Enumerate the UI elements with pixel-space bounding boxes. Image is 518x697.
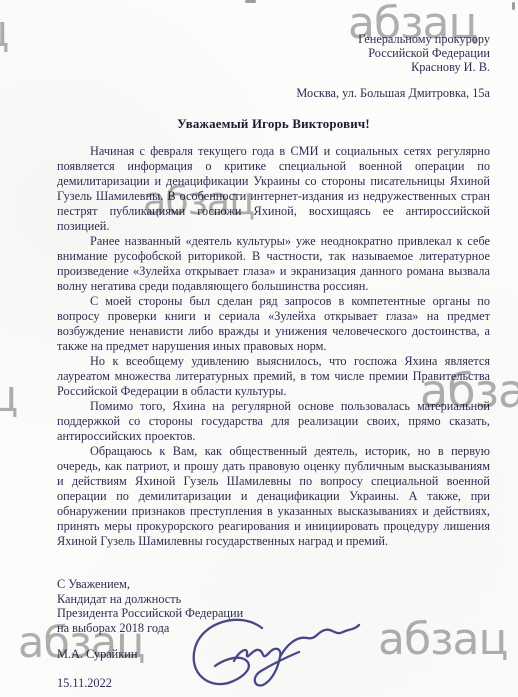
handwritten-signature [178,608,378,695]
scan-artifact [512,2,515,10]
watermark-abzac: абзац [0,375,17,419]
closing-line: Кандидат на должность [57,592,490,607]
paragraph: Ранее названный «деятель культуры» уже н… [57,234,490,294]
paragraph: Обращаюсь к Вам, как общественный деятел… [57,444,490,549]
scanned-letter-page: абзац абзац абзац абзац абзац абзац абза… [0,0,518,697]
watermark-abzac: абзац [18,622,144,665]
closing-line: С Уважением, [57,577,490,592]
recipient-address: Москва, ул. Большая Дмитровка, 15а [57,86,490,100]
recipient-line: Краснову И. В. [57,60,490,74]
salutation: Уважаемый Игорь Викторович! [57,117,490,132]
letter-body: Генеральному прокурору Российской Федера… [57,32,490,691]
watermark-abzac: абзац [0,10,8,54]
scan-artifact [245,0,256,3]
paragraph: Начиная с февраля текущего года в СМИ и … [57,144,490,234]
paragraph: С моей стороны был сделан ряд запросов в… [57,294,490,354]
letter-paragraphs: Начиная с февраля текущего года в СМИ и … [57,144,490,549]
watermark-abzac: абзац [420,368,518,414]
watermark-abzac: абзац [143,182,254,220]
watermark-abzac: абзац [378,618,507,662]
watermark-abzac: абзац [348,2,477,46]
